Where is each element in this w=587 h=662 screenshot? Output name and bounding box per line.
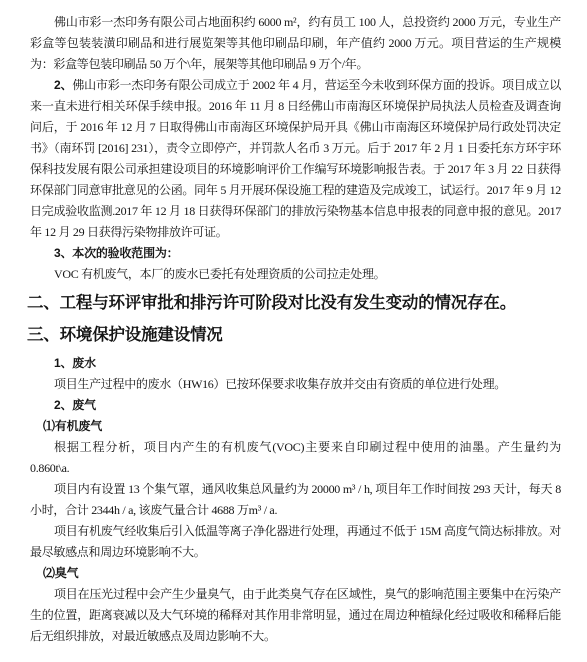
subheading-waste-gas: 2、废气: [30, 395, 561, 416]
subheading-odor: ⑵臭气: [30, 563, 561, 584]
paragraph-number: 2、: [54, 78, 72, 92]
paragraph-gas-treatment: 项目有机废气经收集后引入低温等离子净化器进行处理，再通过不低于 15M 高度气筒…: [30, 521, 561, 563]
paragraph-wastewater: 项目生产过程中的废水（HW16）已按环保要求收集存放并交由有资质的单位进行处理。: [30, 374, 561, 395]
paragraph-company-overview: 佛山市彩一杰印务有限公司占地面积约 6000 m²，约有员工 100 人，总投资…: [30, 12, 561, 75]
section-heading-3: 三、环境保护设施建设情况: [27, 321, 561, 349]
subheading-organic-waste-gas: ⑴有机废气: [30, 416, 561, 437]
document-page: 佛山市彩一杰印务有限公司占地面积约 6000 m²，约有员工 100 人，总投资…: [0, 0, 587, 662]
section-heading-2: 二、工程与环评审批和排污许可阶段对比没有发生变动的情况存在。: [27, 289, 561, 317]
paragraph-acceptance-scope: VOC 有机废气，本厂的废水已委托有处理资质的公司拉走处理。: [30, 264, 561, 285]
paragraph-text: 佛山市彩一杰印务有限公司成立于 2002 年 4 月，营运至今未收到环保方面的投…: [30, 78, 561, 239]
paragraph-organic-waste-gas-line2: 0.860t\a.: [30, 458, 561, 479]
paragraph-gas-collection: 项目内有设置 13 个集气罩，通风收集总风量约为 20000 m³ / h, 项…: [30, 479, 561, 521]
paragraph-odor: 项目在压光过程中会产生少量臭气，由于此类臭气存在区域性，臭气的影响范围主要集中在…: [30, 584, 561, 647]
paragraph-history: 2、佛山市彩一杰印务有限公司成立于 2002 年 4 月，营运至今未收到环保方面…: [30, 75, 561, 243]
subheading-wastewater: 1、废水: [30, 353, 561, 374]
paragraph-organic-waste-gas-line1: 根据工程分析，项目内产生的有机废气(VOC)主要来自印刷过程中使用的油墨。产生量…: [30, 437, 561, 458]
subheading-acceptance-scope: 3、本次的验收范围为：: [30, 243, 561, 264]
